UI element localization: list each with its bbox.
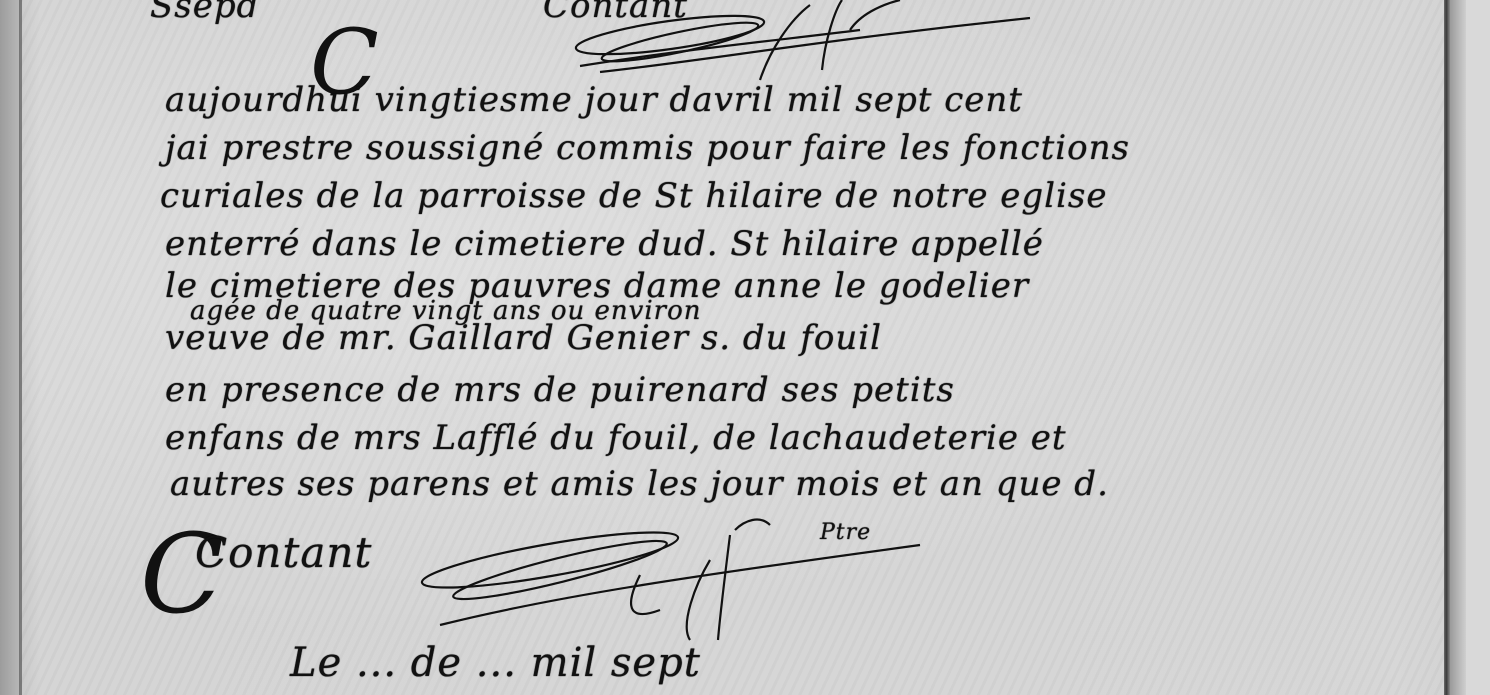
text-line-4: enterré dans le cimetiere dud. St hilair… xyxy=(165,224,1044,264)
text-line-3: curiales de la parroisse de St hilaire d… xyxy=(160,176,1107,216)
next-entry-fragment: Le ... de ... mil sept xyxy=(290,640,701,686)
signature-flourish-top xyxy=(560,0,1040,90)
text-line-6: veuve de mr. Gaillard Genier s. du fouil xyxy=(165,318,882,358)
signature-name: Contant xyxy=(195,528,372,577)
page-right-edge xyxy=(1466,0,1490,695)
text-line-7: en presence de mrs de puirenard ses peti… xyxy=(165,370,955,410)
text-line-9: autres ses parens et amis les jour mois … xyxy=(170,464,1109,504)
text-line-2: jai prestre soussigné commis pour faire … xyxy=(165,128,1130,168)
text-line-8: enfans de mrs Lafflé du fouil, de lachau… xyxy=(165,418,1067,458)
left-margin-line xyxy=(19,0,22,695)
margin-shadow xyxy=(1450,0,1466,695)
page-left-edge xyxy=(0,0,20,695)
signature-title: Ptre xyxy=(820,520,871,545)
manuscript-page: Ssepd Contant C aujourdhui vingtiesme jo… xyxy=(0,0,1490,695)
text-line-1: aujourdhui vingtiesme jour davril mil se… xyxy=(165,80,1023,120)
fragment-left: Ssepd xyxy=(150,0,259,26)
